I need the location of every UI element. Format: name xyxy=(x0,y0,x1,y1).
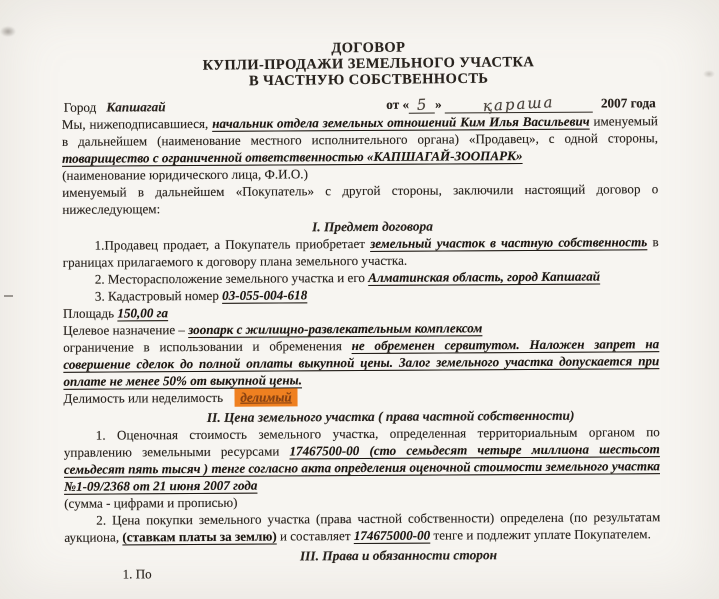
item1-value-fill: земельный участок в частную собственност… xyxy=(370,234,647,251)
scan-stray-mark xyxy=(4,295,13,297)
area-label: Площадь xyxy=(63,306,114,321)
buyer-name-fill: товарищество с ограниченной ответственно… xyxy=(62,148,523,166)
divisibility-line: Делимость или неделимость делимый xyxy=(63,386,659,407)
preamble-paragraph-1: Мы, нижеподписавшиеся, начальник отдела … xyxy=(62,112,658,167)
item1-start: 1.Продавец продает, а Покупатель приобре… xyxy=(95,236,366,253)
date-close-quote: » xyxy=(435,97,442,112)
city-value: Капшагай xyxy=(96,99,165,114)
date-from-label: от « xyxy=(386,97,409,112)
restrictions-paragraph: ограничение в использовании и обременени… xyxy=(63,335,659,390)
price-end: тенге и подлежит уплате Покупателем. xyxy=(433,526,650,542)
divisibility-value-highlighted: делимый xyxy=(234,388,297,406)
contract-title: ДОГОВОР КУПЛИ-ПРОДАЖИ ЗЕМЕЛЬНОГО УЧАСТКА… xyxy=(79,37,657,91)
rate-fill: (ставкам платы за землю) xyxy=(122,529,276,545)
scan-smudge xyxy=(0,26,16,37)
purpose-value-fill: зоопарк с жилищно-развлекательным компле… xyxy=(188,320,482,337)
preamble-lead: Мы, нижеподписавшиеся, xyxy=(62,116,209,132)
date-month-handwritten: қараша xyxy=(483,93,556,115)
section1-item1: 1.Продавец продает, а Покупатель приобре… xyxy=(63,233,659,271)
city-line: ГородКапшагай xyxy=(62,99,166,116)
purpose-label: Целевое назначение – xyxy=(63,322,185,338)
date-day-blank: 5 xyxy=(409,95,435,114)
section2-item2: 2. Цена покупки земельного участка (прав… xyxy=(64,508,660,546)
city-label: Город xyxy=(64,100,97,115)
area-value-fill: 150,00 га xyxy=(117,305,168,320)
date-month-blank: қараша xyxy=(445,94,593,114)
scanned-contract-page: ДОГОВОР КУПЛИ-ПРОДАЖИ ЗЕМЕЛЬНОГО УЧАСТКА… xyxy=(0,0,719,599)
location-label: 2. Месторасположение земельного участка … xyxy=(95,270,365,287)
date-day-handwritten: 5 xyxy=(416,95,429,114)
section2-item1: 1. Оценочная стоимость земельного участк… xyxy=(64,423,660,495)
price-amount-fill: 174675000-00 xyxy=(354,528,430,543)
scan-smudge xyxy=(703,70,715,78)
date-line: от «5» қараша2007 года xyxy=(386,93,658,114)
document-body: ДОГОВОР КУПЛИ-ПРОДАЖИ ЗЕМЕЛЬНОГО УЧАСТКА… xyxy=(61,38,660,583)
date-year: 2007 года xyxy=(601,95,656,110)
divisibility-label: Делимость или неделимость xyxy=(63,390,223,406)
location-value-fill: Алматинская область, город Капшагай xyxy=(368,269,600,285)
cadastre-label: 3. Кадастровый номер xyxy=(95,288,219,304)
price-mid: и составляет xyxy=(280,528,351,543)
preamble-paragraph-2: именуемый в дальнейшем «Покупатель» с др… xyxy=(62,180,658,218)
section1-item2: 2. Месторасположение земельного участка … xyxy=(63,267,659,288)
restrictions-label: ограничение в использовании и обременени… xyxy=(63,338,342,355)
seller-name-fill: начальник отдела земельных отношений Ким… xyxy=(212,114,589,131)
section3-partial-line: 1. По xyxy=(65,562,661,583)
cadastre-number-fill: 03-055-004-618 xyxy=(222,287,307,303)
